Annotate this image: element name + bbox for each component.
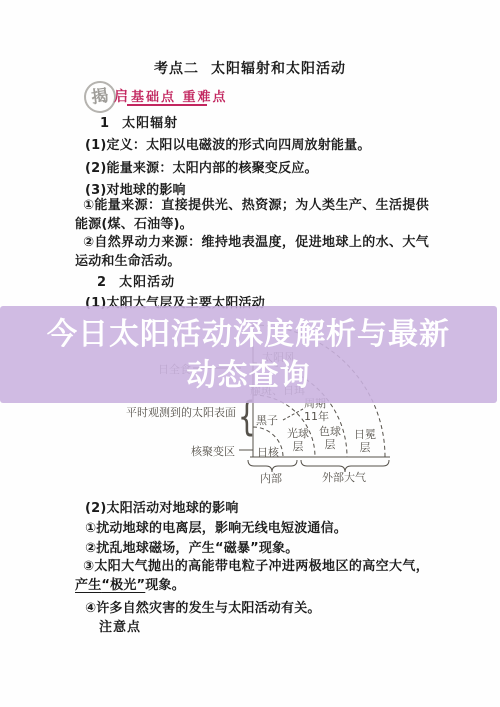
section2-number: 2: [97, 275, 106, 290]
photosphere-label-ceng: 层: [293, 440, 304, 453]
corona-label-chars: 日冕: [354, 428, 376, 441]
interior-label: 内部: [260, 470, 282, 486]
tab-underline: [127, 104, 207, 106]
paragraph-effect-1: ①扰动地球的电离层，影响无线电短波通信。: [85, 517, 347, 536]
section2-heading: 2 太阳活动: [97, 271, 175, 290]
photosphere-label: 光球 层: [285, 428, 311, 453]
tab-basics-label: 基础点 重难点: [131, 86, 228, 105]
tab-qi-label: 启: [114, 86, 128, 106]
core-label: 日核: [257, 444, 279, 460]
sunspot-label: 黑子: [256, 412, 278, 428]
banner-title-line2: 动态查询: [0, 355, 497, 396]
section1-number: 1: [100, 116, 109, 131]
paragraph-effect-3: ③太阳大气抛出的高能带电粒子冲进两极地区的高空大气，产生“极光”现象。: [75, 557, 429, 595]
textbook-page: 考点二太阳辐射和太阳活动 揭 启 基础点 重难点 1 太阳辐射 (1)定义：太阳…: [0, 0, 500, 707]
corona-label-ceng: 层: [360, 441, 371, 454]
paragraph-energy-source: (2)能量来源：太阳内部的核聚变反应。: [85, 157, 318, 176]
section2-title: 太阳活动: [119, 275, 175, 290]
promo-banner: 今日太阳活动深度解析与最新 动态查询: [0, 306, 497, 403]
paragraph-impact-2: ②自然界动力来源：维持地表温度，促进地球上的水、大气运动和生命活动。: [75, 233, 429, 271]
paragraph-impact-1: ①能量来源：直接提供光、热资源；为人类生产、生活提供能源(煤、石油等)。: [75, 196, 429, 234]
surface-brace: {: [238, 398, 256, 436]
corona-label: 日冕 层: [352, 429, 378, 454]
paragraph-effect-2: ②扰乱地球磁场，产生“磁暴”现象。: [85, 537, 299, 556]
sunspot-pointer-line: [283, 409, 303, 420]
fusion-zone-label: 核聚变区: [191, 443, 235, 459]
page-title: 考点二太阳辐射和太阳活动: [0, 58, 500, 78]
paragraph-effect-4: ④许多自然灾害的发生与太阳活动有关。: [85, 597, 321, 616]
chromosphere-label-chars: 色球: [319, 425, 341, 438]
section1-title: 太阳辐射: [122, 116, 178, 131]
chromosphere-label-ceng: 层: [325, 438, 336, 451]
photosphere-label-chars: 光球: [287, 427, 309, 440]
chromosphere-label: 色球 层: [317, 426, 343, 451]
seal-stamp-icon: 揭: [82, 79, 118, 115]
exam-point-badge: 考点二: [154, 61, 199, 77]
observed-surface-label: 平时观测到的太阳表面: [126, 404, 236, 420]
section1-heading: 1 太阳辐射: [100, 112, 178, 131]
period-label-line2: 11年: [304, 408, 329, 424]
outer-atmosphere-label: 外部大气: [322, 469, 366, 485]
paragraph-definition: (1)定义：太阳以电磁波的形式向四周放射能量。: [85, 134, 371, 153]
banner-title-line1: 今日太阳活动深度解析与最新: [0, 314, 497, 355]
note-heading: 注意点: [99, 616, 141, 635]
page-title-text: 太阳辐射和太阳活动: [211, 61, 346, 77]
